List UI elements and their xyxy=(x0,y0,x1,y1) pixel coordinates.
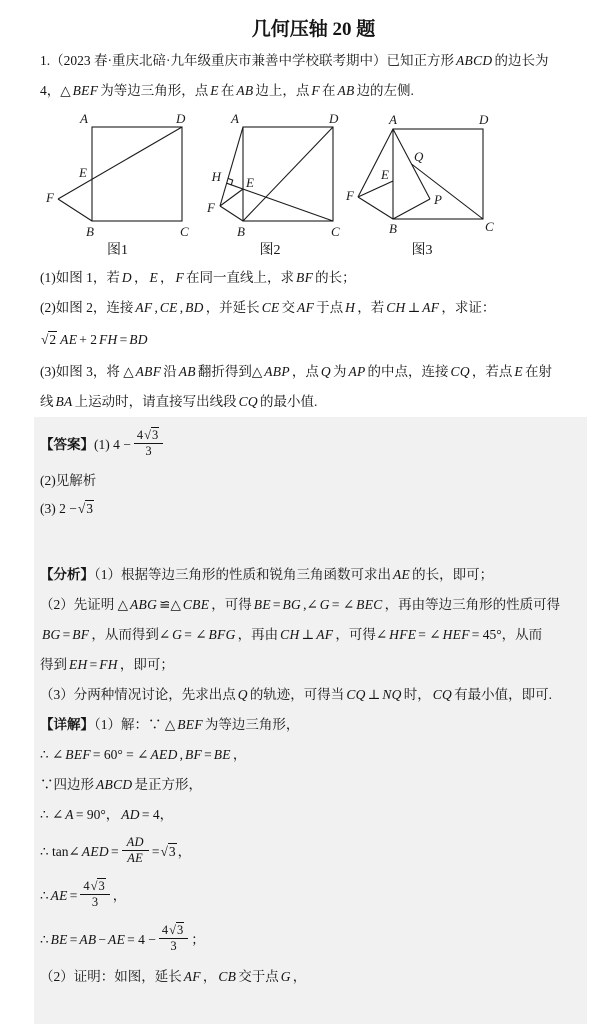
point-label-b: B xyxy=(237,224,245,239)
point-label-p: P xyxy=(433,192,442,207)
point-label-a: A xyxy=(388,112,397,127)
detail-line-1: 【详解】（1）解：∵ △BEF为等边三角形， xyxy=(40,710,579,740)
square-abcd xyxy=(92,127,182,221)
figure-2-drawing: A D B C E H F xyxy=(195,109,345,241)
page-title: 几何压轴 20 题 xyxy=(40,0,587,46)
detail-line-3: ∵四边形ABCD是正方形， xyxy=(40,770,579,800)
document-page: 几何压轴 20 题 1.（2023 春·重庆北碚·九年级重庆市兼善中学校联考期中… xyxy=(0,0,601,1024)
line-fe xyxy=(358,181,393,197)
detail-line-8: （2）证明：如图，延长AF，CB交于点G， xyxy=(40,962,579,992)
point-label-c: C xyxy=(180,224,189,239)
solution-panel: 【答案】(1) 4 −4√33 (2)见解析 (3) 2 −√3 【分析】（1）… xyxy=(34,417,587,1024)
point-label-f: F xyxy=(206,200,216,215)
figure-1-drawing: A D B C E F xyxy=(40,109,195,241)
point-label-b: B xyxy=(86,224,94,239)
detail-line-7: ∴BE=AB−AE= 4 −4√33； xyxy=(40,918,579,962)
problem-line-1: 1.（2023 春·重庆北碚·九年级重庆市兼善中学校联考期中）已知正方形ABCD… xyxy=(40,46,587,76)
line-af xyxy=(358,129,393,197)
line-fb xyxy=(58,199,92,221)
detail-line-4: ∴ ∠A= 90°，AD= 4， xyxy=(40,800,579,830)
figure-3: A D B C E F P Q 图3 xyxy=(345,109,525,263)
figure-3-caption: 图3 xyxy=(345,241,525,263)
point-label-e: E xyxy=(245,175,254,190)
point-label-b: B xyxy=(389,221,397,236)
line-af xyxy=(220,127,243,206)
point-label-d: D xyxy=(478,112,489,127)
figures-row: A D B C E F 图1 A D B C E xyxy=(40,109,587,263)
analysis-line-3: BG=BF，从而得到∠G= ∠BFG，再由CH⊥AF，可得∠HFE= ∠HEF=… xyxy=(40,620,579,650)
answer-line-2: (2)见解析 xyxy=(40,467,579,494)
detail-line-6: ∴AE=4√33， xyxy=(40,874,579,918)
point-label-c: C xyxy=(331,224,340,239)
line-bd xyxy=(243,127,333,221)
point-label-a: A xyxy=(230,111,239,126)
section-gap xyxy=(40,524,579,560)
line-qc xyxy=(412,164,484,219)
problem-line-2: 4，△BEF为等边三角形，点E在AB边上，点F在AB边的左侧. xyxy=(40,76,587,106)
point-label-e: E xyxy=(380,167,389,182)
analysis-line-5: （3）分两种情况讨论，先求出点Q的轨迹，可得当CQ⊥NQ时，CQ有最小值，即可. xyxy=(40,680,579,710)
line-ef xyxy=(220,189,243,206)
point-label-c: C xyxy=(485,219,494,234)
analysis-line-2: （2）先证明 △ABG≌△CBE，可得BE=BG,∠G= ∠BEC，再由等边三角… xyxy=(40,590,579,620)
point-label-d: D xyxy=(175,111,186,126)
figure-2: A D B C E H F 图2 xyxy=(195,109,345,263)
figure-3-drawing: A D B C E F P Q xyxy=(345,109,525,241)
line-fb xyxy=(358,197,393,219)
figure-1: A D B C E F 图1 xyxy=(40,109,195,263)
point-label-q: Q xyxy=(414,149,424,164)
point-label-h: H xyxy=(211,169,222,184)
point-label-f: F xyxy=(45,190,55,205)
point-label-a: A xyxy=(79,111,88,126)
question-2: (2)如图 2，连接AF,CE,BD，并延长CE交AF于点H，若CH⊥AF，求证… xyxy=(40,293,587,323)
point-label-e: E xyxy=(78,165,87,180)
answer-line-1: 【答案】(1) 4 −4√33 xyxy=(40,423,579,467)
analysis-line-4: 得到EH=FH，即可； xyxy=(40,650,579,680)
line-bf xyxy=(220,206,243,221)
point-label-f: F xyxy=(345,188,355,203)
question-1: (1)如图 1，若D，E，F在同一直线上，求BF的长； xyxy=(40,263,587,293)
line-bp xyxy=(393,199,430,219)
figure-1-caption: 图1 xyxy=(40,241,195,263)
analysis-line-1: 【分析】（1）根据等边三角形的性质和锐角三角函数可求出AE的长，即可； xyxy=(40,560,579,590)
question-3-line-2: 线BA上运动时，请直接写出线段CQ的最小值. xyxy=(40,387,587,417)
question-3-line-1: (3)如图 3，将 △ABF沿AB翻折得到△ABP，点Q为AP的中点，连接CQ，… xyxy=(40,357,587,387)
answer-line-3: (3) 2 −√3 xyxy=(40,494,579,524)
detail-line-2: ∴ ∠BEF= 60° = ∠AED,BF=BE， xyxy=(40,740,579,770)
point-label-d: D xyxy=(328,111,339,126)
question-2-formula: √2AE+ 2FH=BD xyxy=(40,323,587,357)
line-fd xyxy=(58,127,182,199)
detail-line-5: ∴ tan∠AED=ADAE=√3， xyxy=(40,830,579,874)
figure-2-caption: 图2 xyxy=(195,241,345,263)
